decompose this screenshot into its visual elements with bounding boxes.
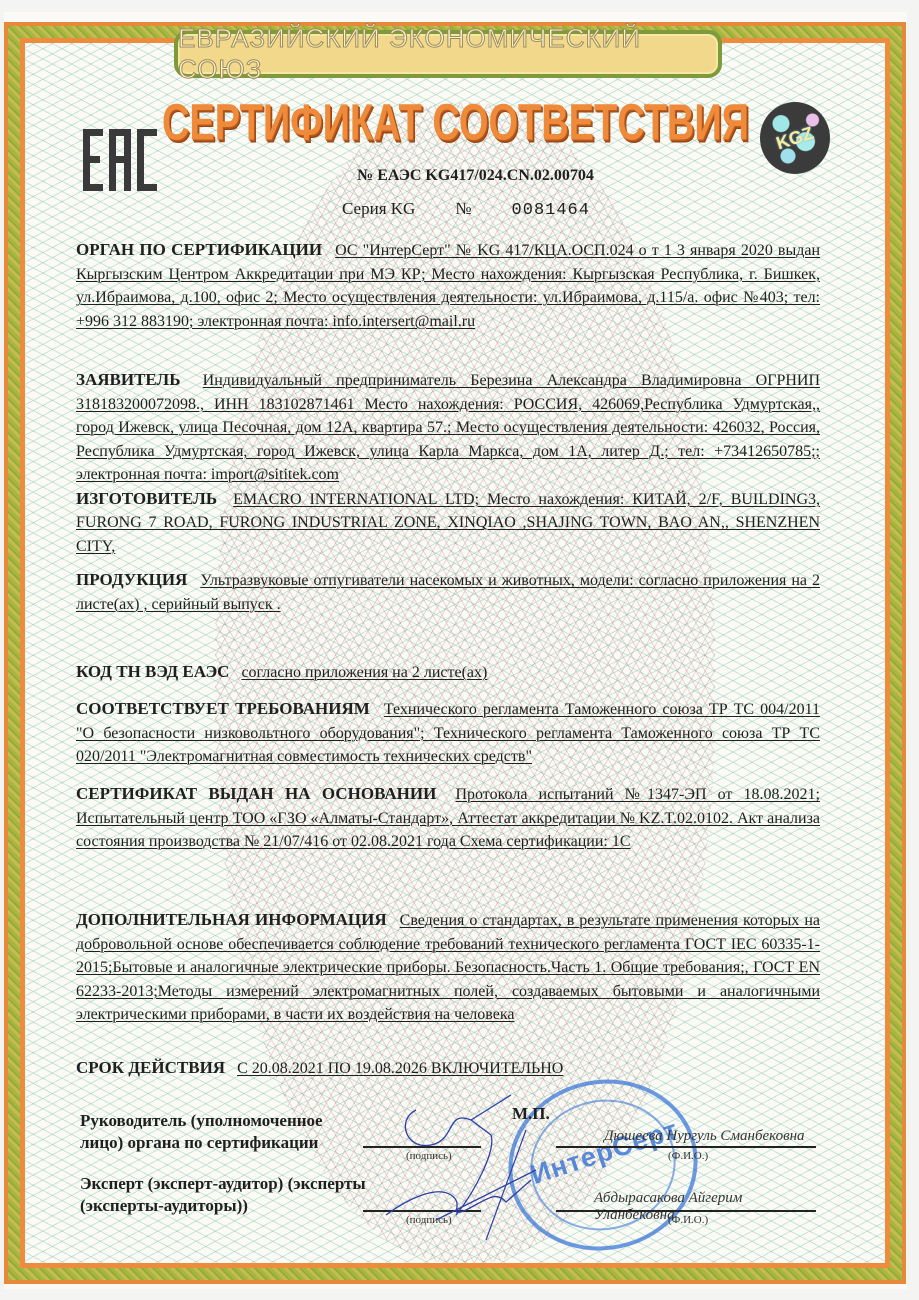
section-hs-code: КОД ТН ВЭД ЕАЭС согласно приложения на 2… bbox=[76, 660, 820, 685]
section-value: согласно приложения на 2 листе(ах) bbox=[241, 664, 487, 681]
section-additional-info: ДОПОЛНИТЕЛЬНАЯ ИНФОРМАЦИЯ Сведения о ста… bbox=[76, 908, 820, 1027]
section-label: ЗАЯВИТЕЛЬ bbox=[76, 370, 180, 389]
number-sign: № bbox=[455, 199, 471, 219]
head-name-line bbox=[556, 1146, 816, 1148]
section-label: КОД ТН ВЭД ЕАЭС bbox=[76, 662, 229, 681]
section-label: СООТВЕТСТВУЕТ ТРЕБОВАНИЯМ bbox=[76, 699, 370, 718]
certificate-page: ЕВРАЗИЙСКИЙ ЭКОНОМИЧЕСКИЙ СОЮЗ СЕРТИФИКА… bbox=[4, 12, 907, 1289]
signature-area: ИнтерСерт Руководитель (уполномоченное л… bbox=[76, 1110, 826, 1250]
head-signature-line bbox=[363, 1146, 481, 1148]
hologram-text: KGZ bbox=[774, 122, 817, 154]
union-name: ЕВРАЗИЙСКИЙ ЭКОНОМИЧЕСКИЙ СОЮЗ bbox=[178, 23, 718, 85]
signature-caption: (подпись) bbox=[406, 1214, 452, 1226]
section-value: Ультразвуковые отпугиватели насекомых и … bbox=[76, 572, 820, 613]
head-name: Дюшеева Нургуль Сманбековна bbox=[604, 1128, 805, 1145]
expert-label: Эксперт (эксперт-аудитор) (эксперты (экс… bbox=[80, 1173, 380, 1217]
certificate-body bbox=[20, 38, 890, 1268]
signature-caption: (подпись) bbox=[406, 1150, 452, 1162]
section-applicant: ЗАЯВИТЕЛЬ Индивидуальный предприниматель… bbox=[76, 368, 820, 558]
section-value: Индивидуальный предприниматель Березина … bbox=[76, 372, 820, 483]
section-product: ПРОДУКЦИЯ Ультразвуковые отпугиватели на… bbox=[76, 568, 820, 616]
section-requirements: СООТВЕТСТВУЕТ ТРЕБОВАНИЯМ Технического р… bbox=[76, 697, 820, 769]
series-label: Серия KG bbox=[342, 199, 415, 219]
section-label: ОРГАН ПО СЕРТИФИКАЦИИ bbox=[76, 240, 322, 259]
section-label: ИЗГОТОВИТЕЛЬ bbox=[76, 489, 217, 508]
union-banner: ЕВРАЗИЙСКИЙ ЭКОНОМИЧЕСКИЙ СОЮЗ bbox=[174, 30, 722, 78]
section-label: СРОК ДЕЙСТВИЯ bbox=[76, 1058, 225, 1077]
section-certification-body: ОРГАН ПО СЕРТИФИКАЦИИ ОС "ИнтерСерт" № K… bbox=[76, 238, 820, 333]
expert-name: Абдырасакова Айгерим Уланбековна bbox=[594, 1190, 826, 1224]
section-label: СЕРТИФИКАТ ВЫДАН НА ОСНОВАНИИ bbox=[76, 784, 436, 803]
section-label: ПРОДУКЦИЯ bbox=[76, 570, 187, 589]
fio-caption: (Ф.И.О.) bbox=[668, 1150, 708, 1162]
series-line: Серия KG № 0081464 bbox=[342, 199, 590, 220]
hologram-sticker-icon: KGZ bbox=[760, 102, 830, 174]
expert-name-line bbox=[556, 1210, 816, 1212]
serial-number: 0081464 bbox=[512, 201, 590, 220]
expert-signature-line bbox=[363, 1210, 481, 1212]
section-validity: СРОК ДЕЙСТВИЯ С 20.08.2021 ПО 19.08.2026… bbox=[76, 1056, 820, 1081]
section-value: С 20.08.2021 ПО 19.08.2026 ВКЛЮЧИТЕЛЬНО bbox=[237, 1060, 563, 1077]
stamp-place: М.П. bbox=[512, 1104, 550, 1124]
head-label: Руководитель (уполномоченное лицо) орган… bbox=[80, 1110, 350, 1154]
section-label: ДОПОЛНИТЕЛЬНАЯ ИНФОРМАЦИЯ bbox=[76, 910, 387, 929]
fio-caption: (Ф.И.О.) bbox=[668, 1214, 708, 1226]
section-basis: СЕРТИФИКАТ ВЫДАН НА ОСНОВАНИИ Протокола … bbox=[76, 782, 820, 854]
certificate-number: № ЕАЭС KG417/024.CN.02.00704 bbox=[4, 167, 907, 185]
